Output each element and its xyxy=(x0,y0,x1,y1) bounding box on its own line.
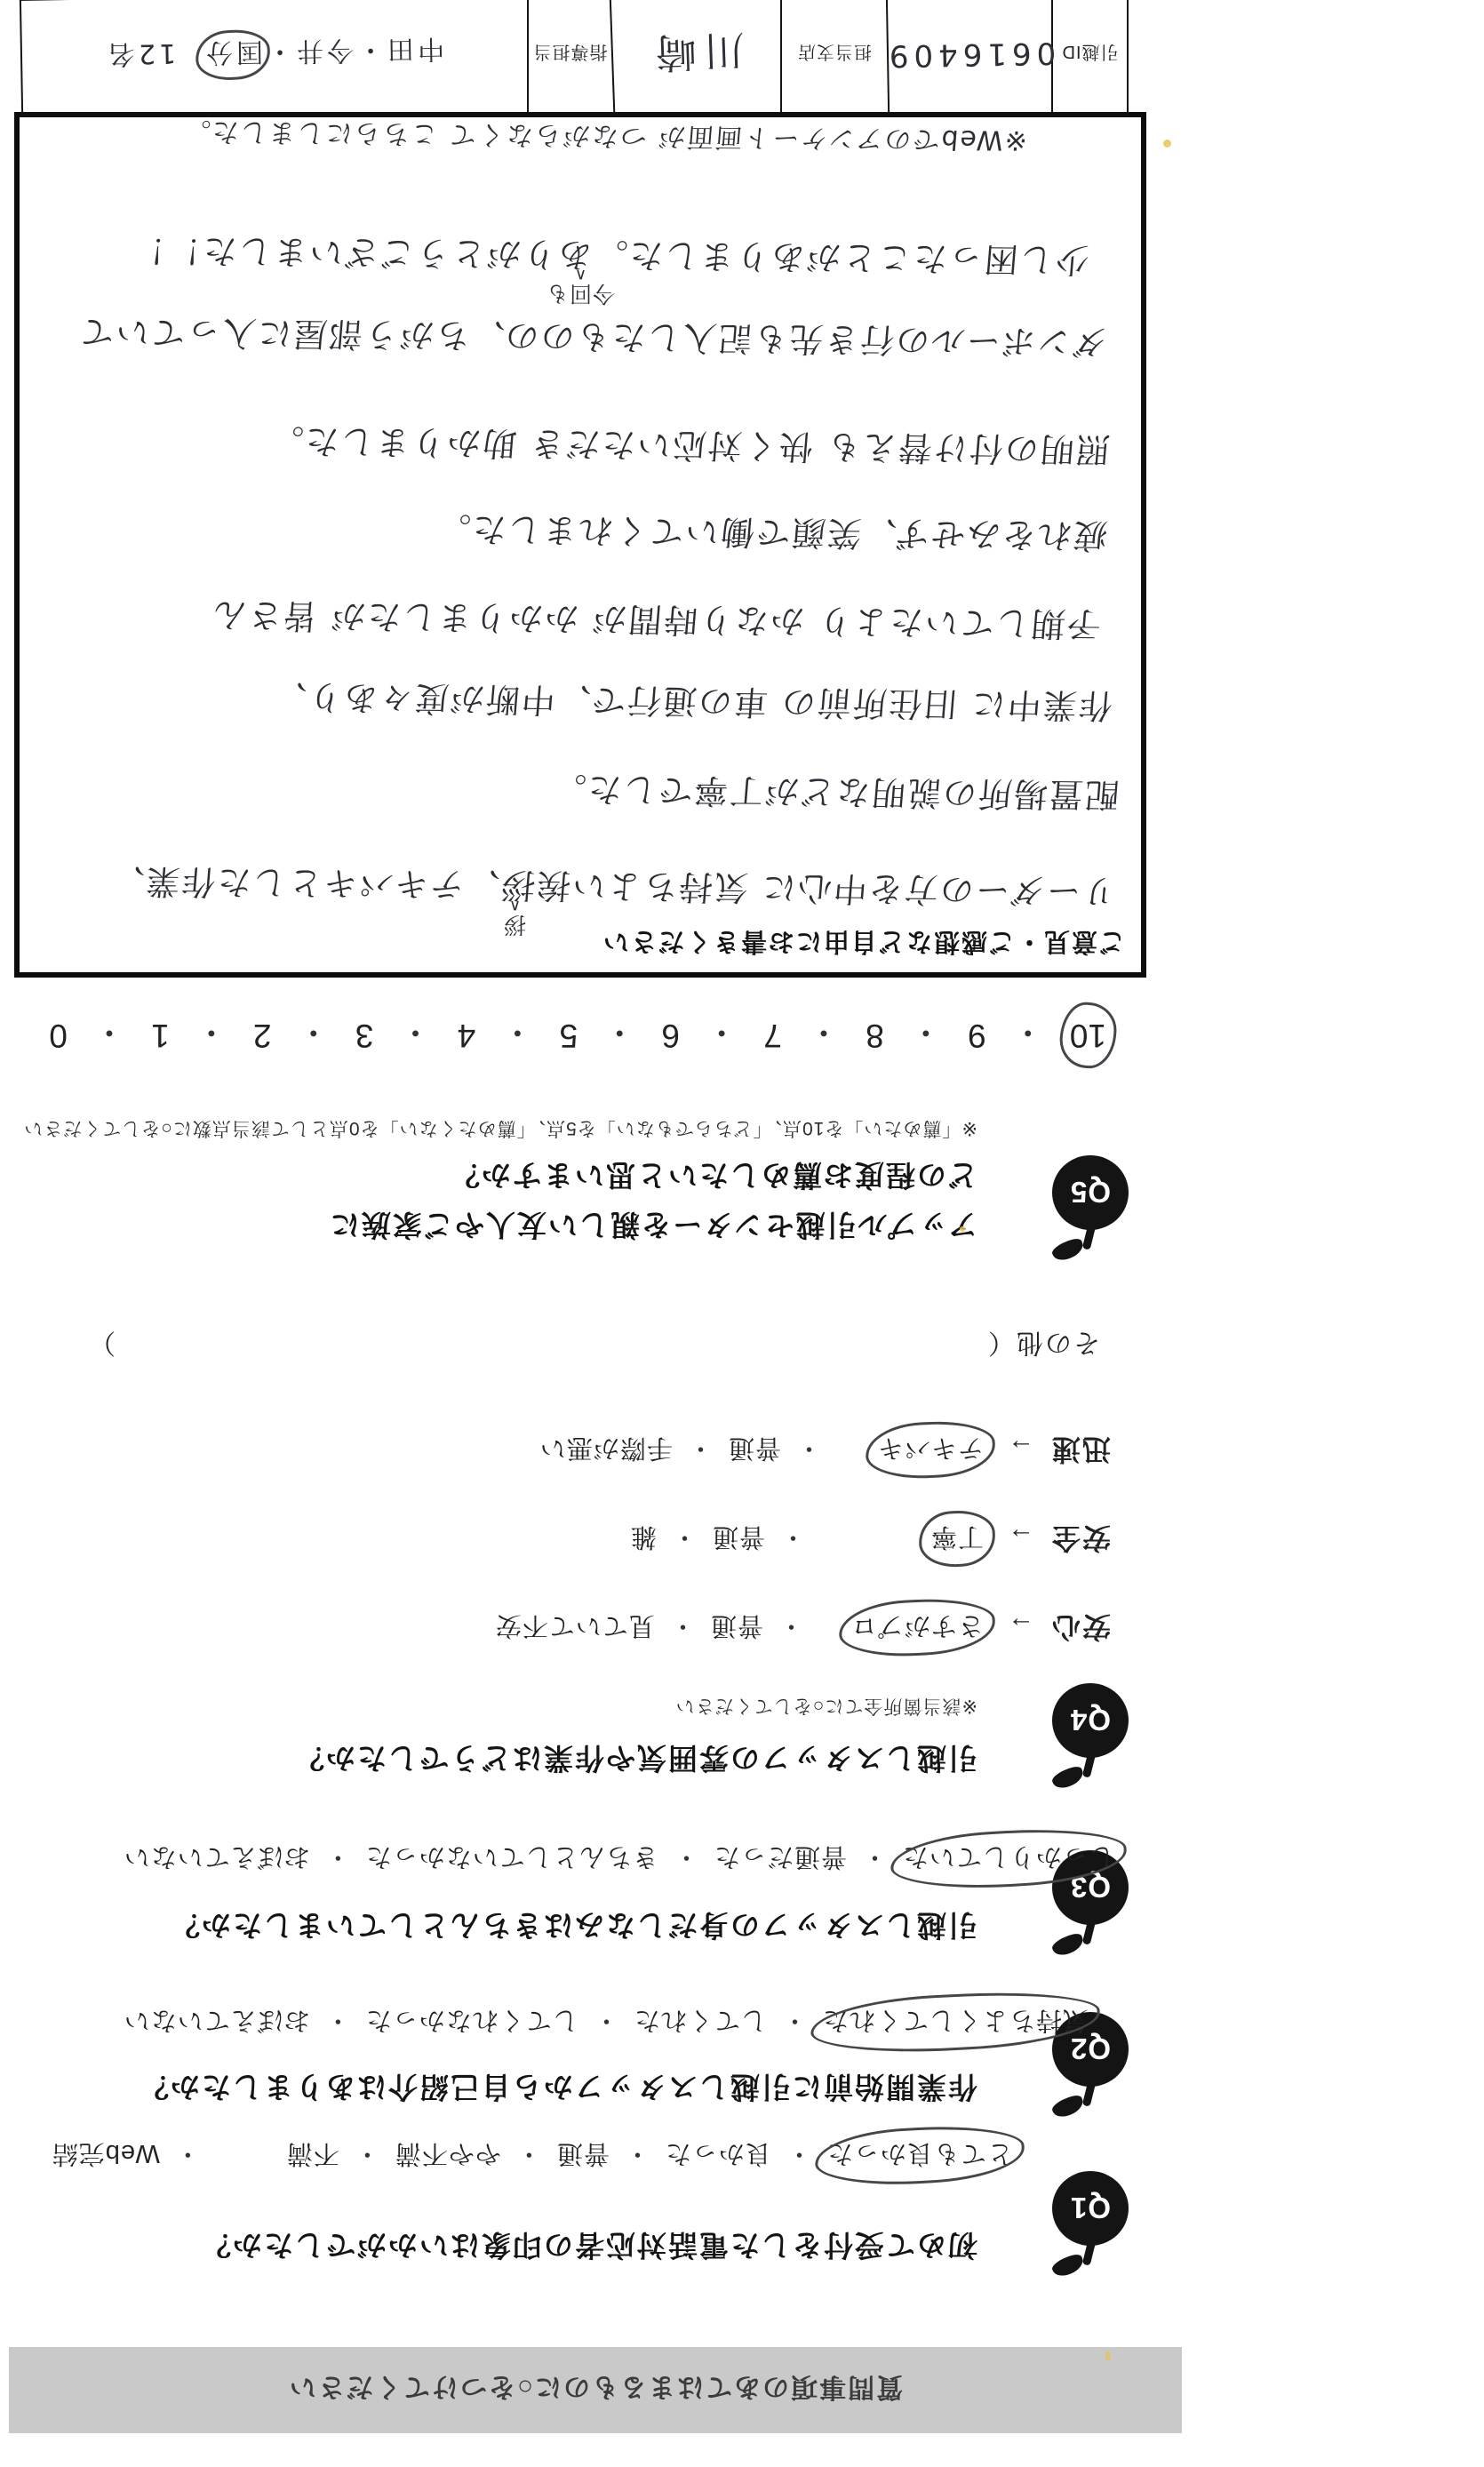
comment-line: 疲れをみせず、笑顔で働いてくれました。 xyxy=(433,507,1109,563)
q1-badge: Q1 xyxy=(1049,2143,1130,2285)
footer-cell-id-label: 引越ID xyxy=(1051,0,1127,112)
score-10-circled: 10 xyxy=(1070,1017,1106,1054)
score-value: 0 xyxy=(49,1017,68,1054)
q4-row-jinsoku: 迅速→テキパキ・普通・手際が悪い xyxy=(539,1431,1111,1472)
separator-dot: ・ xyxy=(706,1011,738,1059)
staff-count: 12名 xyxy=(105,36,177,76)
q4-badge-label: Q4 xyxy=(1052,1703,1129,1736)
q4-option: 普通 xyxy=(728,1432,781,1468)
q5-badge-label: Q5 xyxy=(1052,1175,1129,1209)
q5-question-line2: どの程度お薦めしたいと思いますか？ xyxy=(449,1156,977,1198)
handwritten-insertion: 今回も ∧ xyxy=(546,270,615,311)
score-value: 6 xyxy=(661,1017,680,1054)
q2-question: 作業開始前に引越しスタッフから自己紹介はありましたか？ xyxy=(138,2068,977,2110)
separator-dot: ・ xyxy=(861,1840,888,1877)
q1-option-circled: とても良かった xyxy=(826,2137,1013,2174)
scanned-survey-page: 質問事項のあてはまるものに○をつけてください Q1 初めて受付をした電話対応者の… xyxy=(0,0,1484,2467)
q2-options: 気持ちよくしてくれた・してくれた・してくれなかった・おぼえていない xyxy=(124,2004,1089,2040)
separator-dot: ・ xyxy=(593,2004,619,2040)
separator-dot: ・ xyxy=(174,2137,201,2174)
q1-options: とても良かった・良かった・普通・やや不満・不満・Web完結 xyxy=(52,2137,1013,2174)
q4-question: 引越しスタッフの雰囲気や作業はどうでしたか？ xyxy=(293,1739,977,1781)
comment-line: リーダーの方を中心に 気持ちよい挨拶、テキパキとした作業、 xyxy=(107,859,1118,919)
q2-option: してくれた xyxy=(634,2004,767,2040)
q1-option: 不満 xyxy=(286,2137,339,2174)
q3-option: おぼえていない xyxy=(124,1840,310,1877)
separator-dot: ・ xyxy=(781,2004,808,2040)
q4-option: 普通 xyxy=(710,1609,763,1646)
handwritten-insertion: 拶 ∧ xyxy=(503,901,526,942)
close-paren: ） xyxy=(87,1328,116,1357)
footer-cell-staff-label: 指導担当 xyxy=(527,0,611,112)
q1-question: 初めて受付をした電話対応者の印象はいかがでしたか？ xyxy=(200,2226,977,2268)
separator-dot: ・ xyxy=(195,1011,227,1059)
footer-cell-branch-value: 川崎 xyxy=(610,0,782,115)
footer-cell-id-value: 0616409 xyxy=(886,0,1052,114)
apple-leaf-icon xyxy=(1050,1236,1087,1265)
score-value: 7 xyxy=(763,1017,782,1054)
footer-cell-branch-label: 担当支店 xyxy=(780,0,887,112)
q2-option: おぼえていない xyxy=(124,2004,310,2040)
insertion-text: 今回も xyxy=(546,281,615,307)
separator-dot: ・ xyxy=(795,1432,822,1468)
scan-speck xyxy=(1105,2351,1111,2360)
q4-option: 見ていて不安 xyxy=(495,1609,655,1646)
footer-cell-staff-value: 中田・今井・国分12名 xyxy=(20,0,528,116)
q1-badge-label: Q1 xyxy=(1052,2191,1129,2224)
q4-other-row: その他（） xyxy=(87,1326,1100,1365)
comment-line: 予期していたより かなり時間が かかりましたが 皆さん xyxy=(209,594,1103,651)
caret-mark: ∧ xyxy=(546,270,615,279)
separator-dot: ・ xyxy=(354,2137,380,2174)
separator-dot: ・ xyxy=(909,1011,942,1059)
separator-dot: ・ xyxy=(669,1609,696,1646)
score-value: 2 xyxy=(253,1017,272,1054)
q4-option: 普通 xyxy=(712,1521,765,1557)
separator-dot: ・ xyxy=(297,1011,330,1059)
score-value: 3 xyxy=(355,1017,374,1054)
q1-option: やや不満 xyxy=(395,2137,501,2174)
insertion-text: 拶 xyxy=(503,912,526,938)
q1-option: 普通 xyxy=(556,2137,610,2174)
arrow-icon: → xyxy=(1007,1433,1034,1463)
separator-dot: ・ xyxy=(1011,1011,1044,1059)
q5-question-line1: アップル引越センターを親しい友人やご家族に xyxy=(329,1206,977,1248)
separator-dot: ・ xyxy=(324,1840,351,1877)
separator-dot: ・ xyxy=(624,2137,650,2174)
q4-option-circled: さすがプロ xyxy=(850,1609,984,1646)
q5-badge: Q5 xyxy=(1049,1127,1130,1269)
q1-option: Web完結 xyxy=(52,2137,160,2174)
apple-leaf-icon xyxy=(1050,1764,1087,1792)
q4-option-circled: テキパキ xyxy=(877,1432,984,1468)
q3-question: 引越しスタッフの身だしなみはきちんとしていましたか？ xyxy=(169,1906,977,1948)
score-value: 4 xyxy=(458,1017,476,1054)
open-paren: （ xyxy=(986,1328,1015,1357)
q3-option-circled: しっかりしていた xyxy=(902,1840,1115,1877)
comment-box: ご意見・ご感想など自由にお書きください リーダーの方を中心に 気持ちよい挨拶、テ… xyxy=(14,112,1146,978)
separator-dot: ・ xyxy=(778,1609,804,1646)
separator-dot: ・ xyxy=(399,1011,432,1059)
instruction-text: 質問事項のあてはまるものに○をつけてください xyxy=(288,2371,903,2410)
q4-option: 手際が悪い xyxy=(539,1432,673,1468)
q2-option-circled: 気持ちよくしてくれた xyxy=(822,2004,1089,2040)
comment-box-label: ご意見・ご感想など自由にお書きください xyxy=(602,925,1125,962)
apple-leaf-icon xyxy=(1050,2252,1087,2280)
separator-dot: ・ xyxy=(671,1521,698,1557)
q3-option: 普通だった xyxy=(714,1840,847,1877)
arrow-icon: → xyxy=(1007,1521,1034,1552)
q4-category: 安心 xyxy=(1050,1611,1111,1643)
staff-name-circled: 国分 xyxy=(203,35,264,75)
q4-row-anshin: 安心→さすがプロ・普通・見ていて不安 xyxy=(495,1609,1111,1649)
separator-dot: ・ xyxy=(603,1011,636,1059)
staff-names: 中田・今井・ xyxy=(263,32,445,75)
apple-leaf-icon xyxy=(1050,2093,1087,2121)
q4-note: ※該当箇所全てに○をしてください xyxy=(675,1694,977,1721)
q4-row-anzen: 安全→丁寧・普通・雑 xyxy=(630,1520,1111,1561)
separator-dot: ・ xyxy=(687,1432,714,1468)
caret-mark: ∧ xyxy=(503,901,526,910)
q4-option-circled: 丁寧 xyxy=(930,1521,984,1557)
arrow-icon: → xyxy=(1007,1610,1034,1641)
separator-dot: ・ xyxy=(673,1840,699,1877)
separator-dot: ・ xyxy=(779,1521,806,1557)
q4-option: 雑 xyxy=(630,1521,657,1557)
comment-line: ダンボールの行き先も記入したものの、ちがう部屋に入っていて xyxy=(76,310,1109,370)
apple-leaf-icon xyxy=(1050,1931,1087,1960)
score-value: 1 xyxy=(151,1017,170,1054)
footer-table: 引越ID 0616409 担当支店 川崎 指導担当 中田・今井・国分12名 xyxy=(20,0,1129,117)
q4-other-label: その他 xyxy=(1015,1328,1100,1357)
score-value: 8 xyxy=(866,1017,884,1054)
q5-note: ※「薦めたい」を10点、「どちらでもない」を5点、「薦めたくない」を0点として該… xyxy=(23,1116,977,1143)
separator-dot: ・ xyxy=(807,1011,840,1059)
separator-dot: ・ xyxy=(501,1011,534,1059)
separator-dot: ・ xyxy=(786,2137,812,2174)
q3-options: しっかりしていた・普通だった・きちんとしていなかった・おぼえていない xyxy=(124,1840,1115,1877)
separator-dot: ・ xyxy=(92,1011,125,1059)
q1-option: 良かった xyxy=(665,2137,771,2174)
score-value: 9 xyxy=(968,1017,986,1054)
q3-option: きちんとしていなかった xyxy=(365,1840,658,1877)
separator-dot: ・ xyxy=(515,2137,542,2174)
comment-line: 配置場所の説明などが丁寧でした。 xyxy=(548,768,1121,823)
q4-category: 安全 xyxy=(1050,1522,1111,1554)
comment-line: ※Webでのアンケート画面が つながらなくて こちらにしました。 xyxy=(180,115,1029,163)
q4-category: 迅速 xyxy=(1050,1433,1111,1465)
scan-speck xyxy=(960,1226,965,1232)
comment-line: 作業中に 旧住所前の 車の通行で、中断が度々あり、 xyxy=(269,675,1114,733)
score-scale: 10・ 9・ 8・ 7・ 6・ 5・ 4・ 3・ 2・ 1・ 0 xyxy=(49,1011,1106,1059)
score-value: 5 xyxy=(560,1017,578,1054)
q4-badge: Q4 xyxy=(1049,1655,1130,1797)
comment-line: 照明の付け替えも 快く対応いただき 助かりました。 xyxy=(266,419,1112,477)
q2-option: してくれなかった xyxy=(365,2004,578,2040)
scan-speck xyxy=(1163,140,1171,148)
separator-dot: ・ xyxy=(324,2004,351,2040)
instruction-bar: 質問事項のあてはまるものに○をつけてください xyxy=(9,2347,1182,2433)
